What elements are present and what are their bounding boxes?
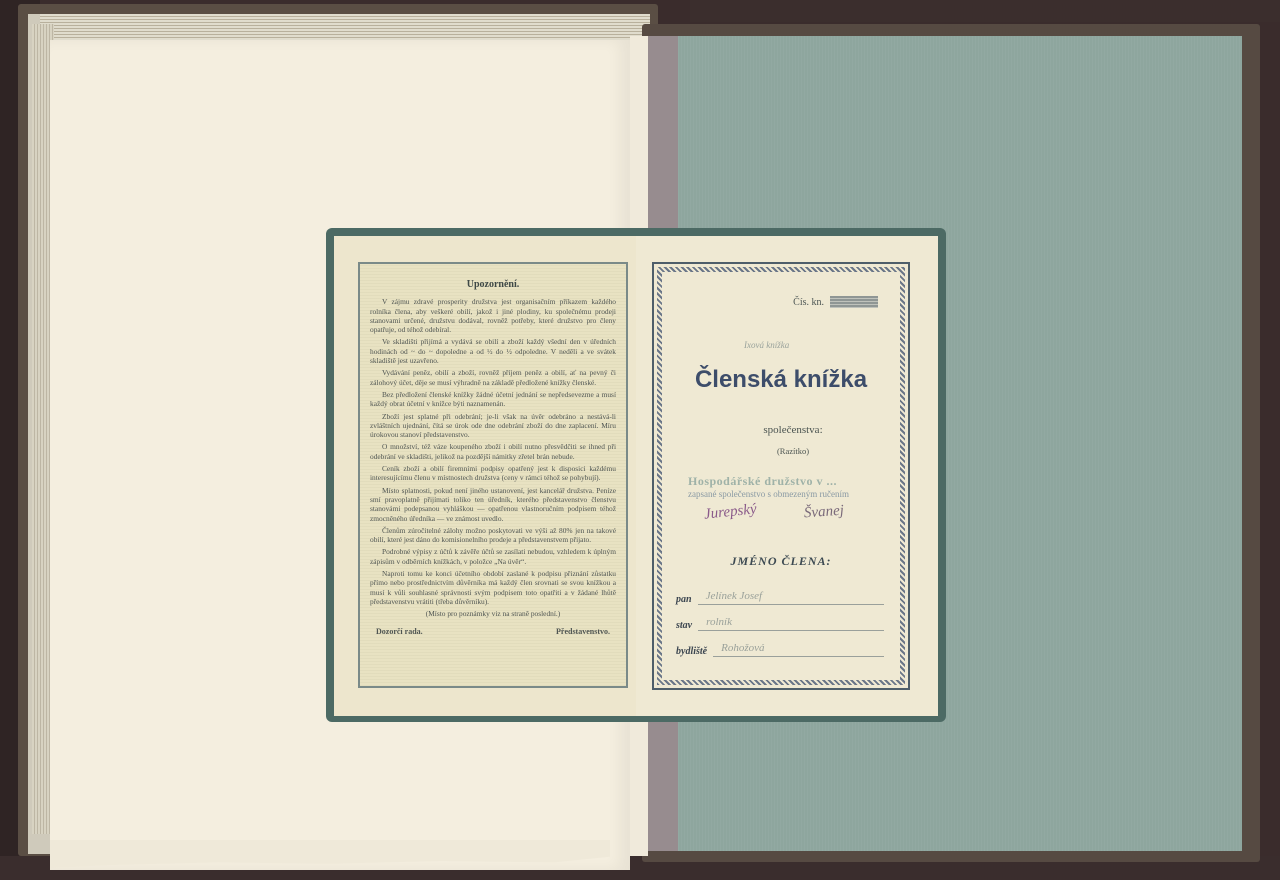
field-residence: bydliště Rohožová: [676, 642, 884, 657]
notice-signatures: Dozorčí rada. Představenstvo.: [370, 627, 616, 636]
field-name-value: Jelínek Josef: [698, 590, 884, 605]
field-occupation: stav rolník: [676, 616, 884, 631]
cooperative-stamp: Hospodářské družstvo v ... zapsané spole…: [688, 474, 888, 499]
field-name-label: pan: [676, 594, 692, 605]
notice-footnote: (Místo pro poznámky viz na straně posled…: [370, 609, 616, 618]
notice-panel: Upozornění. V zájmu zdravé prosperity dr…: [358, 262, 628, 688]
field-occupation-label: stav: [676, 620, 692, 631]
notice-paragraph: Členům zúročitelné zálohy možno poskytov…: [370, 526, 616, 545]
field-residence-label: bydliště: [676, 646, 707, 657]
notice-paragraph: Vydávání peněz, obilí a zboží, rovněž př…: [370, 368, 616, 387]
card-title: Členská knížka: [654, 366, 908, 394]
booklet-number-label: Čís. kn.: [793, 297, 824, 308]
association-label: společenstva:: [654, 424, 908, 436]
notice-paragraph: Naproti tomu ke konci účetního období za…: [370, 569, 616, 606]
signature-supervisory-board: Dozorčí rada.: [376, 627, 423, 636]
field-name: pan Jelínek Josef: [676, 590, 884, 605]
notice-paragraph: Ve skladišti přijímá a vydává se obilí a…: [370, 337, 616, 365]
booklet-number: Čís. kn.: [793, 296, 878, 308]
notice-paragraph: Zboží jest splatné při odebrání; je-li v…: [370, 412, 616, 440]
notice-paragraph: Ceník zboží a obilí firemními podpisy op…: [370, 464, 616, 483]
notice-title: Upozornění.: [370, 280, 616, 289]
member-card-frame: Čís. kn. Ixová knížka Členská knížka spo…: [652, 262, 910, 690]
signature-board-of-directors: Představenstvo.: [556, 627, 610, 636]
field-occupation-value: rolník: [698, 616, 884, 631]
background-dark-top: [690, 0, 1280, 22]
notice-paragraph: Bez předložení členské knížky žádné účet…: [370, 390, 616, 409]
notice-paragraph: O množství, též váze koupeného zboží i o…: [370, 442, 616, 461]
handwritten-heading: Ixová knížka: [744, 340, 789, 350]
stamp-line-1: Hospodářské družstvo v ...: [688, 474, 888, 489]
stamp-label: (Razítko): [654, 446, 908, 456]
booklet-number-redacted: [830, 296, 878, 308]
field-residence-value: Rohožová: [713, 642, 884, 657]
notice-paragraph: V zájmu zdravé prosperity družstva jest …: [370, 297, 616, 334]
stamp-line-2: zapsané společenstvo s obmezeným ručením: [688, 489, 888, 499]
member-name-heading: JMÉNO ČLENA:: [654, 554, 908, 569]
handwritten-signature-2: Švanej: [803, 503, 844, 523]
notice-paragraph: Podrobné výpisy z účtů k závěře účtů se …: [370, 547, 616, 566]
album-page-stack-top-edge: [40, 14, 650, 40]
notice-paragraph: Místo splatnosti, pokud není jiného usta…: [370, 486, 616, 523]
